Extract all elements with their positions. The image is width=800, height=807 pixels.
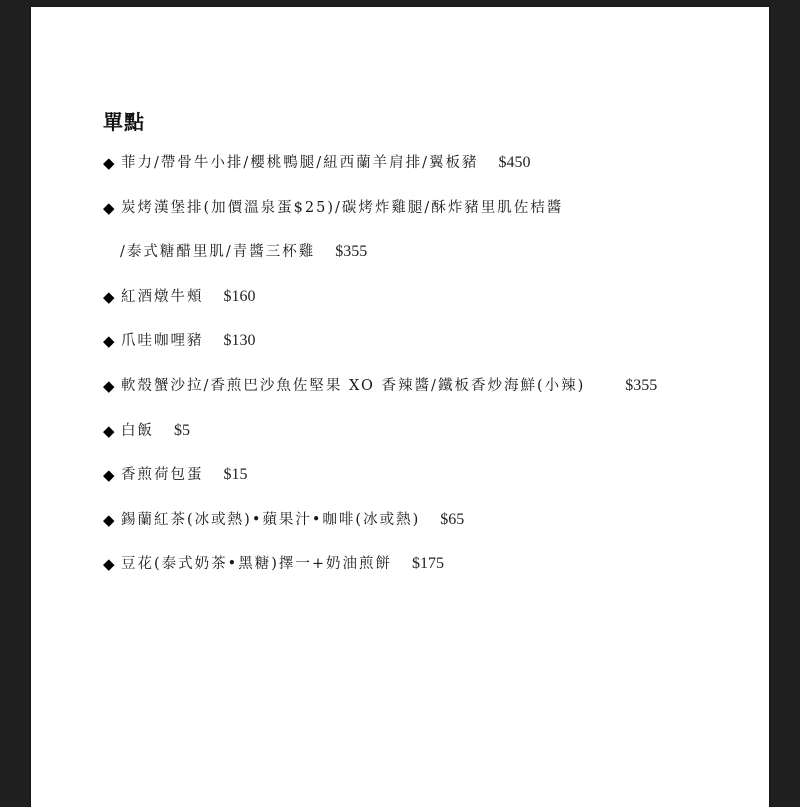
menu-item-name: 炭烤漢堡排(加價溫泉蛋$25)/碳烤炸雞腿/酥炸豬里肌佐桔醬 [121,196,563,220]
menu-item: ◆ 香煎荷包蛋 $15 [103,463,657,508]
menu-item-continuation: /泰式糖醋里肌/青醬三杯雞 $355 [103,240,657,285]
diamond-bullet-icon: ◆ [103,151,121,175]
menu-item: ◆ 菲力/帶骨牛小排/櫻桃鴨腿/紐西蘭羊肩排/翼板豬 $450 [103,151,657,196]
diamond-bullet-icon: ◆ [103,285,121,309]
menu-item-price: $130 [224,329,256,353]
menu-item-price: $5 [174,419,190,443]
menu-item-name: 錫蘭紅茶(冰或熱)•蘋果汁•咖啡(冰或熱) [121,508,420,532]
diamond-bullet-icon: ◆ [103,552,121,576]
menu-item-name: 紅酒燉牛頰 [121,285,204,309]
menu-item-price: $355 [335,240,367,264]
menu-item-name: 香煎荷包蛋 [121,463,204,487]
menu-item-price: $160 [224,285,256,309]
section-title: 單點 [103,106,145,135]
menu-item-price: $15 [224,463,248,487]
menu-item-name: 白飯 [121,419,154,443]
menu-item-name: 菲力/帶骨牛小排/櫻桃鴨腿/紐西蘭羊肩排/翼板豬 [121,151,479,175]
menu-item: ◆ 錫蘭紅茶(冰或熱)•蘋果汁•咖啡(冰或熱) $65 [103,508,657,553]
diamond-bullet-icon: ◆ [103,374,121,398]
menu-item-price: $175 [412,552,444,576]
menu-item-price: $450 [499,151,531,175]
diamond-bullet-icon: ◆ [103,463,121,487]
menu-item-name: 軟殼蟹沙拉/香煎巴沙魚佐堅果 XO 香辣醬/鐵板香炒海鮮(小辣) [121,374,585,398]
menu-item-price: $355 [625,374,657,398]
menu-item: ◆ 炭烤漢堡排(加價溫泉蛋$25)/碳烤炸雞腿/酥炸豬里肌佐桔醬 [103,196,657,241]
menu-item: ◆ 爪哇咖哩豬 $130 [103,329,657,374]
diamond-bullet-icon: ◆ [103,419,121,443]
menu-item: ◆ 白飯 $5 [103,419,657,464]
menu-item-name: 爪哇咖哩豬 [121,329,204,353]
menu-item-name-continued: /泰式糖醋里肌/青醬三杯雞 [120,240,315,264]
menu-item-name: 豆花(泰式奶茶•黑糖)擇一+奶油煎餅 [121,552,392,576]
diamond-bullet-icon: ◆ [103,196,121,220]
menu-item: ◆ 軟殼蟹沙拉/香煎巴沙魚佐堅果 XO 香辣醬/鐵板香炒海鮮(小辣) $355 [103,374,657,419]
diamond-bullet-icon: ◆ [103,508,121,532]
menu-list: ◆ 菲力/帶骨牛小排/櫻桃鴨腿/紐西蘭羊肩排/翼板豬 $450 ◆ 炭烤漢堡排(… [103,151,657,597]
menu-item: ◆ 豆花(泰式奶茶•黑糖)擇一+奶油煎餅 $175 [103,552,657,597]
menu-item-price: $65 [440,508,464,532]
document-page: 單點 ◆ 菲力/帶骨牛小排/櫻桃鴨腿/紐西蘭羊肩排/翼板豬 $450 ◆ 炭烤漢… [31,7,769,780]
menu-item: ◆ 紅酒燉牛頰 $160 [103,285,657,330]
diamond-bullet-icon: ◆ [103,329,121,353]
